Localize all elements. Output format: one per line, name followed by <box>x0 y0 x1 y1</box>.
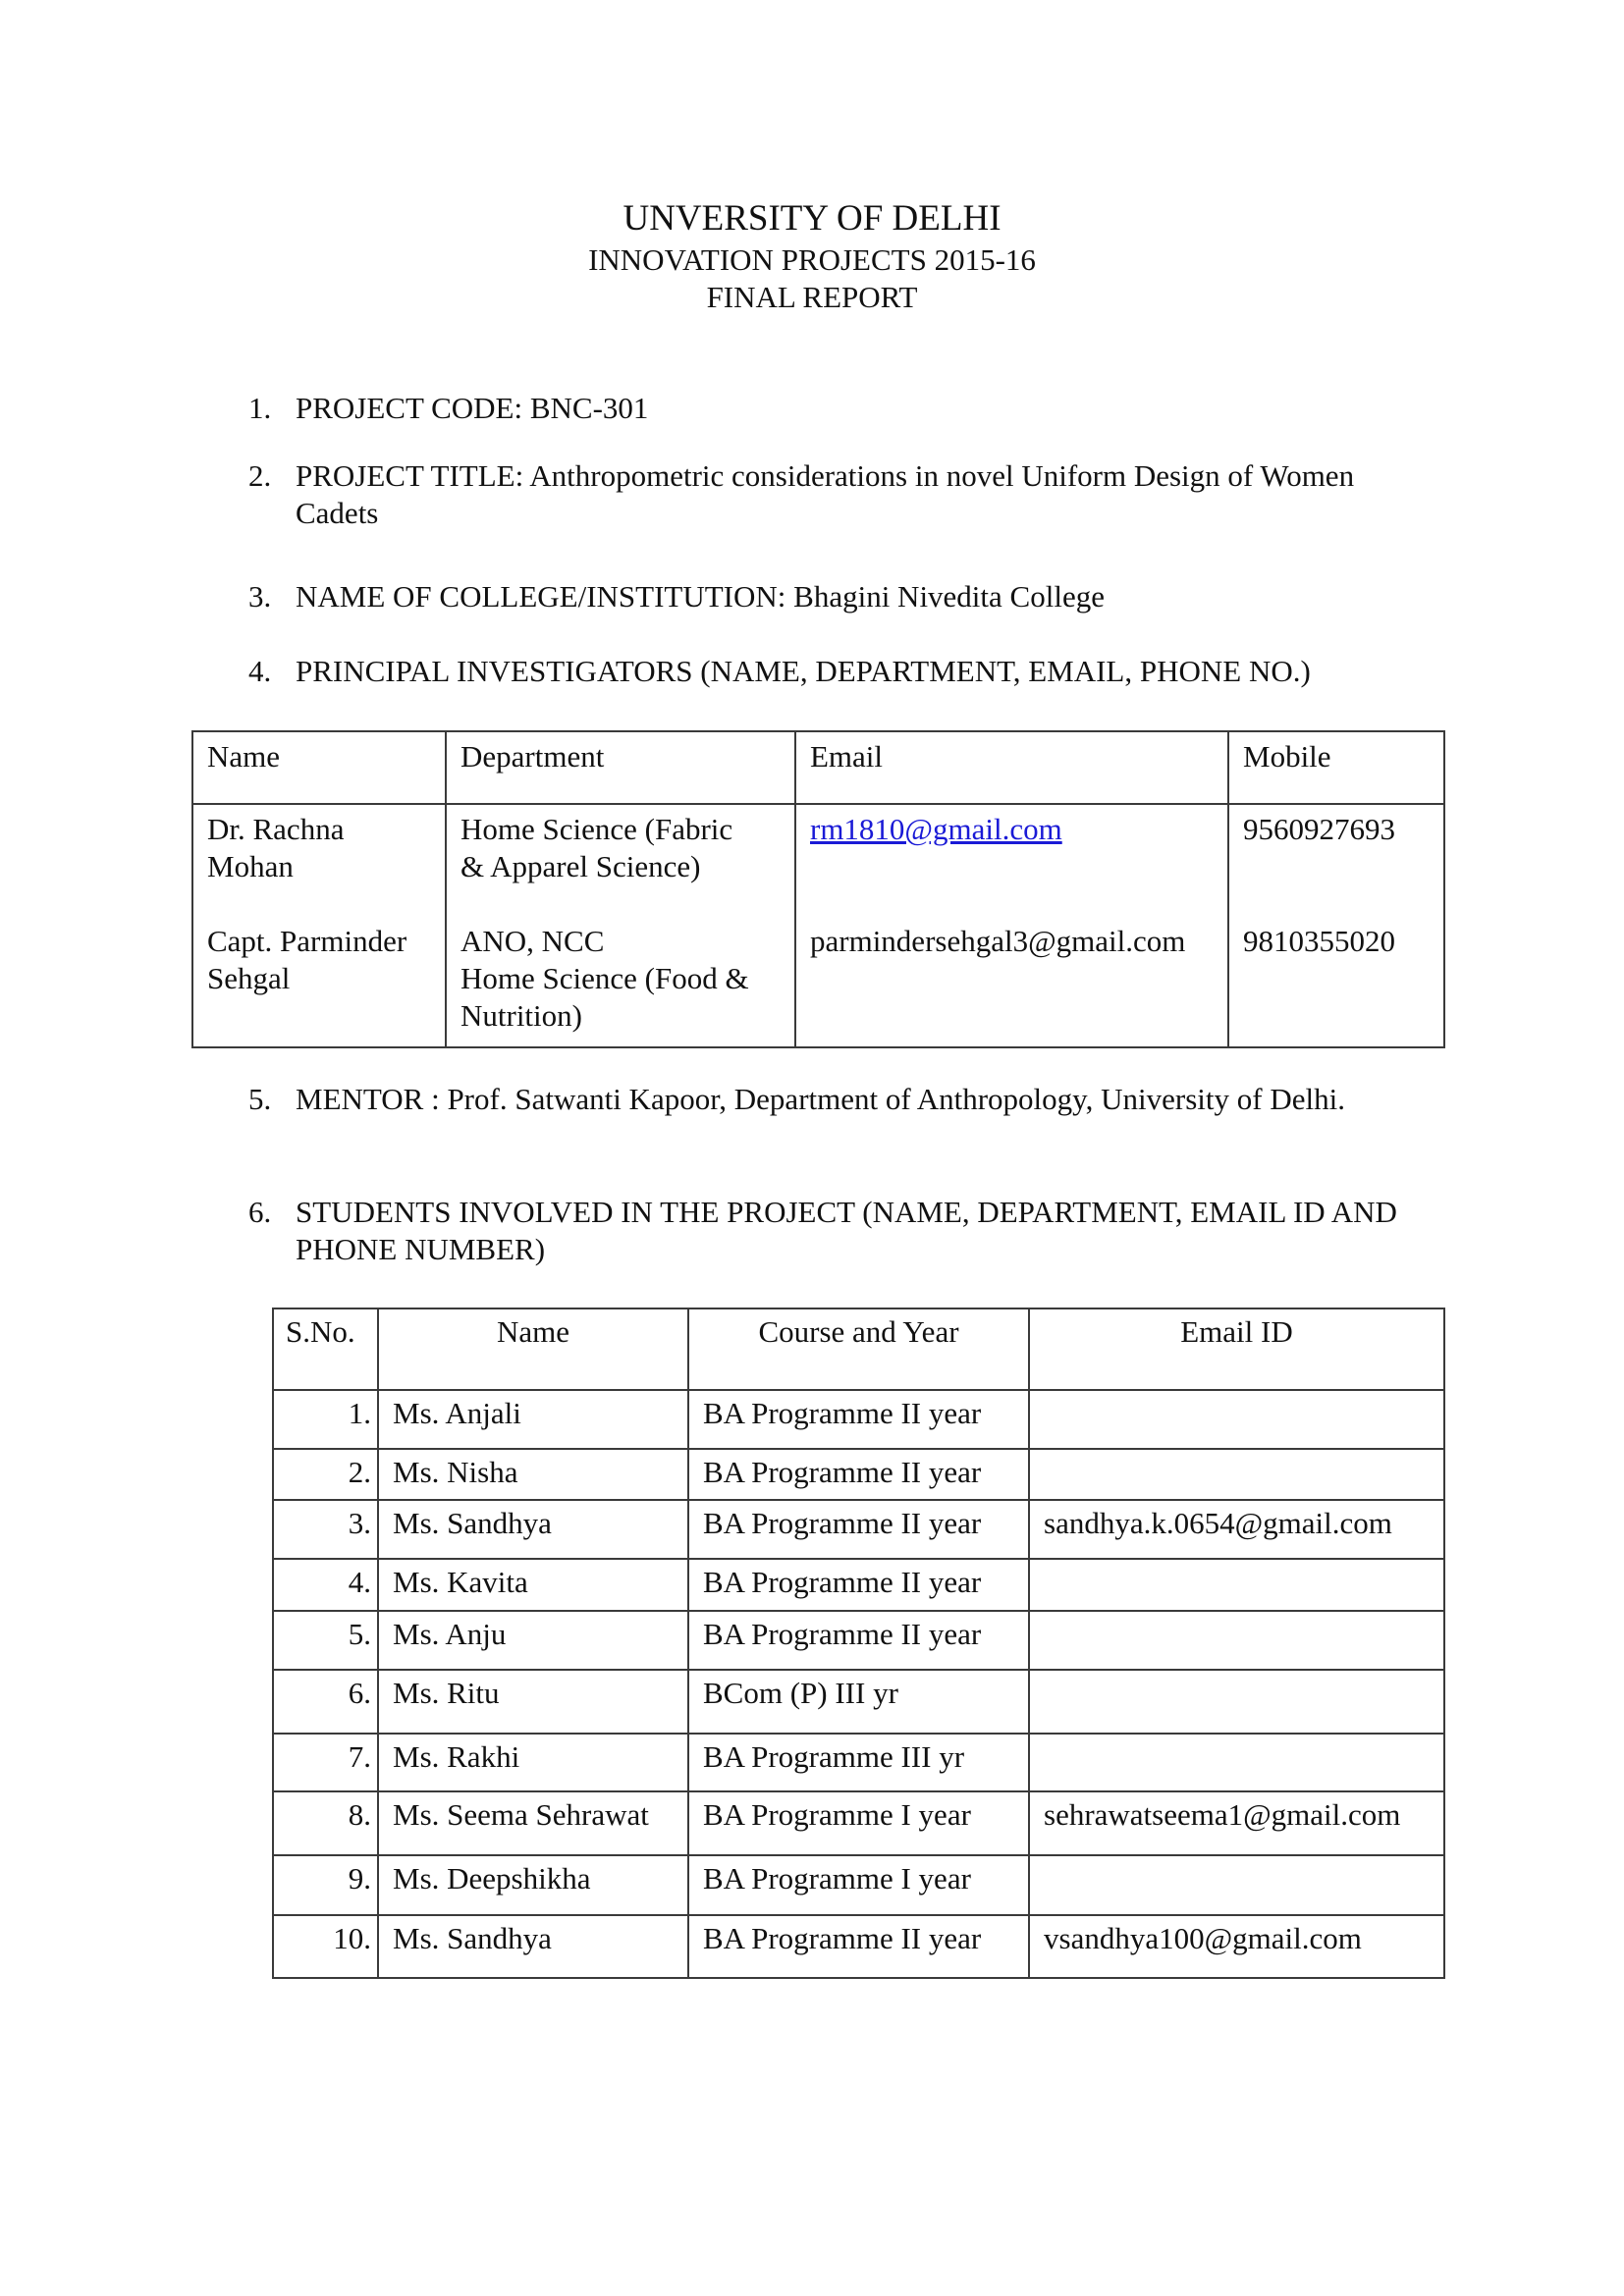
student-course: BA Programme I year <box>688 1791 1029 1855</box>
pi-emails-cell: rm1810@gmail.com parmindersehgal3@gmail.… <box>795 804 1228 1047</box>
student-sno: 7. <box>273 1734 378 1791</box>
item-text: PROJECT TITLE: Anthropometric considerat… <box>296 457 1356 532</box>
pi-name-line: Sehgal <box>207 960 431 997</box>
student-course: BA Programme II year <box>688 1915 1029 1978</box>
pi-department-line: & Apparel Science) <box>460 848 781 885</box>
student-name: Ms. Seema Sehrawat <box>378 1791 688 1855</box>
pi-mobiles-cell: 9560927693 9810355020 <box>1228 804 1444 1047</box>
student-sno: 1. <box>273 1390 378 1449</box>
student-sno: 9. <box>273 1855 378 1915</box>
student-sno: 4. <box>273 1559 378 1611</box>
header-email: Email <box>795 731 1228 804</box>
pi-department-line: ANO, NCC <box>460 923 781 960</box>
student-course: BA Programme II year <box>688 1500 1029 1559</box>
student-name: Ms. Nisha <box>378 1449 688 1500</box>
student-sno: 3. <box>273 1500 378 1559</box>
table-header-row: Name Department Email Mobile <box>192 731 1444 804</box>
student-name: Ms. Anjali <box>378 1390 688 1449</box>
table-row: 4.Ms. KavitaBA Programme II year <box>273 1559 1444 1611</box>
table-row: Dr. Rachna Mohan Capt. Parminder Sehgal … <box>192 804 1444 1047</box>
header-mobile: Mobile <box>1228 731 1444 804</box>
item-number: 4. <box>248 653 271 690</box>
table-row: 8.Ms. Seema SehrawatBA Programme I years… <box>273 1791 1444 1855</box>
item-text: STUDENTS INVOLVED IN THE PROJECT (NAME, … <box>296 1194 1444 1268</box>
header-name: Name <box>192 731 446 804</box>
students-table: S.No. Name Course and Year Email ID 1.Ms… <box>272 1308 1445 1979</box>
table-row: 6.Ms. RituBCom (P) III yr <box>273 1670 1444 1734</box>
student-course: BA Programme II year <box>688 1559 1029 1611</box>
pi-departments-cell: Home Science (Fabric & Apparel Science) … <box>446 804 795 1047</box>
student-name: Ms. Sandhya <box>378 1500 688 1559</box>
pi-department-line: Nutrition) <box>460 997 781 1035</box>
header-course: Course and Year <box>688 1308 1029 1390</box>
report-type-title: FINAL REPORT <box>0 280 1624 315</box>
student-sno: 2. <box>273 1449 378 1500</box>
table-row: 9.Ms. DeepshikhaBA Programme I year <box>273 1855 1444 1915</box>
student-email <box>1029 1734 1444 1791</box>
student-name: Ms. Sandhya <box>378 1915 688 1978</box>
student-email: sandhya.k.0654@gmail.com <box>1029 1500 1444 1559</box>
student-name: Ms. Rakhi <box>378 1734 688 1791</box>
pi-department-line: Home Science (Food & <box>460 960 781 997</box>
program-title: INNOVATION PROJECTS 2015-16 <box>0 242 1624 278</box>
pi-mobile: 9810355020 <box>1243 923 1430 960</box>
student-email <box>1029 1449 1444 1500</box>
table-row: 2.Ms. NishaBA Programme II year <box>273 1449 1444 1500</box>
item-text: NAME OF COLLEGE/INSTITUTION: Bhagini Niv… <box>296 578 1425 615</box>
student-course: BA Programme II year <box>688 1449 1029 1500</box>
student-email <box>1029 1670 1444 1734</box>
principal-investigators-table: Name Department Email Mobile Dr. Rachna … <box>191 730 1445 1048</box>
student-course: BA Programme II year <box>688 1390 1029 1449</box>
table-row: 3.Ms. SandhyaBA Programme II yearsandhya… <box>273 1500 1444 1559</box>
student-course: BA Programme III yr <box>688 1734 1029 1791</box>
student-email <box>1029 1855 1444 1915</box>
item-text: PRINCIPAL INVESTIGATORS (NAME, DEPARTMEN… <box>296 653 1311 690</box>
pi-email: parmindersehgal3@gmail.com <box>810 923 1214 960</box>
pi-mobile: 9560927693 <box>1243 811 1430 848</box>
item-number: 1. <box>248 390 271 427</box>
header-email: Email ID <box>1029 1308 1444 1390</box>
pi-names-cell: Dr. Rachna Mohan Capt. Parminder Sehgal <box>192 804 446 1047</box>
student-sno: 10. <box>273 1915 378 1978</box>
student-name: Ms. Ritu <box>378 1670 688 1734</box>
table-row: 5.Ms. AnjuBA Programme II year <box>273 1611 1444 1670</box>
table-row: 10.Ms. SandhyaBA Programme II yearvsandh… <box>273 1915 1444 1978</box>
pi-name-line: Capt. Parminder <box>207 923 431 960</box>
pi-department-line: Home Science (Fabric <box>460 811 781 848</box>
student-email <box>1029 1559 1444 1611</box>
student-name: Ms. Deepshikha <box>378 1855 688 1915</box>
student-sno: 8. <box>273 1791 378 1855</box>
header-department: Department <box>446 731 795 804</box>
student-name: Ms. Kavita <box>378 1559 688 1611</box>
student-email <box>1029 1611 1444 1670</box>
student-sno: 6. <box>273 1670 378 1734</box>
header-name: Name <box>378 1308 688 1390</box>
table-row: 7.Ms. RakhiBA Programme III yr <box>273 1734 1444 1791</box>
item-text: MENTOR : Prof. Satwanti Kapoor, Departme… <box>296 1081 1345 1118</box>
item-number: 2. <box>248 457 271 495</box>
student-course: BCom (P) III yr <box>688 1670 1029 1734</box>
student-sno: 5. <box>273 1611 378 1670</box>
item-number: 6. <box>248 1194 271 1231</box>
item-text: PROJECT CODE: BNC-301 <box>296 390 1425 427</box>
student-course: BA Programme I year <box>688 1855 1029 1915</box>
pi-name-line: Mohan <box>207 848 431 885</box>
student-email <box>1029 1390 1444 1449</box>
student-name: Ms. Anju <box>378 1611 688 1670</box>
students-table-body: 1.Ms. AnjaliBA Programme II year2.Ms. Ni… <box>273 1390 1444 1978</box>
email-link[interactable]: rm1810@gmail.com <box>810 812 1062 846</box>
table-row: 1.Ms. AnjaliBA Programme II year <box>273 1390 1444 1449</box>
table-header-row: S.No. Name Course and Year Email ID <box>273 1308 1444 1390</box>
item-number: 3. <box>248 578 271 615</box>
student-email: vsandhya100@gmail.com <box>1029 1915 1444 1978</box>
student-course: BA Programme II year <box>688 1611 1029 1670</box>
university-title: UNVERSITY OF DELHI <box>0 197 1624 240</box>
header-sno: S.No. <box>273 1308 378 1390</box>
pi-name-line: Dr. Rachna <box>207 811 431 848</box>
student-email: sehrawatseema1@gmail.com <box>1029 1791 1444 1855</box>
item-number: 5. <box>248 1081 271 1118</box>
